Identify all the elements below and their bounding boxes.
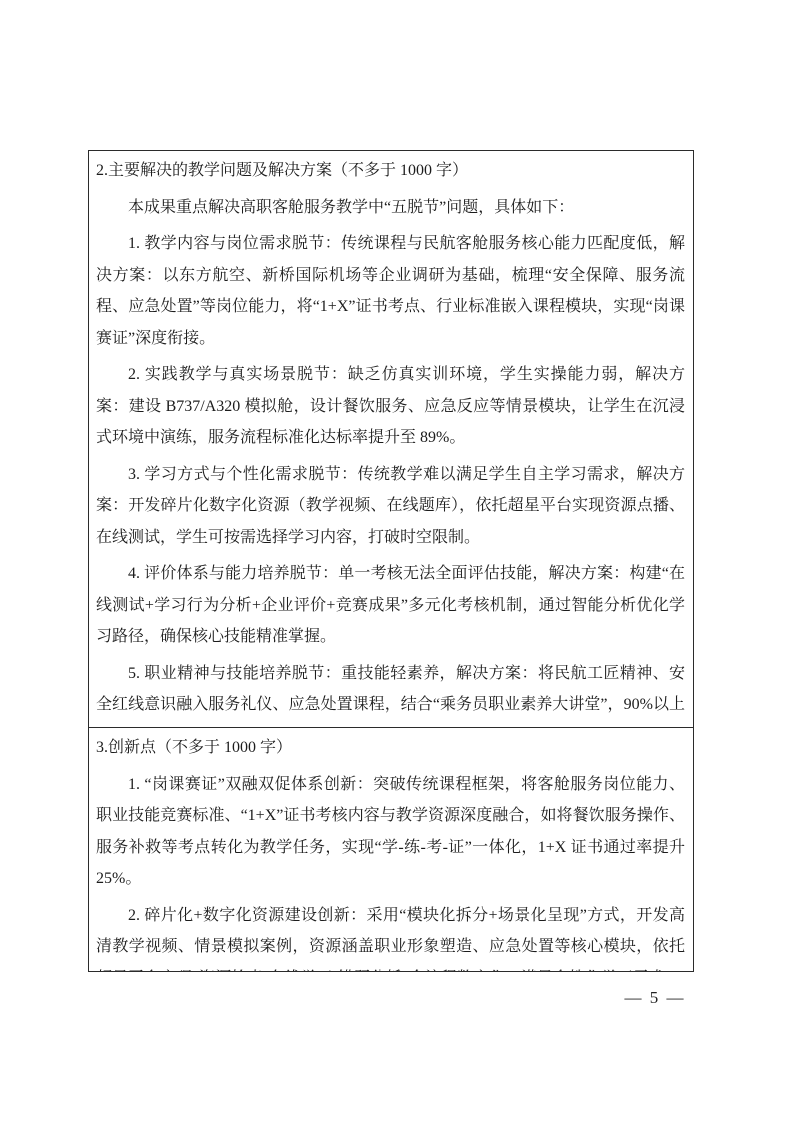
paragraph: 1. 教学内容与岗位需求脱节：传统课程与民航客舱服务核心能力匹配度低，解决方案：… (96, 228, 685, 354)
document-page: 2.主要解决的教学问题及解决方案（不多于 1000 字） 本成果重点解决高职客舱… (0, 0, 793, 1122)
section-innovations: 3.创新点（不多于 1000 字） 1. “岗课赛证”双融双促体系创新：突破传统… (89, 728, 693, 971)
section-teaching-problems: 2.主要解决的教学问题及解决方案（不多于 1000 字） 本成果重点解决高职客舱… (89, 151, 693, 728)
paragraph: 本成果重点解决高职客舱服务教学中“五脱节”问题，具体如下： (96, 192, 685, 224)
page-number: — 5 — (595, 988, 715, 1008)
paragraph: 5. 职业精神与技能培养脱节：重技能轻素养，解决方案：将民航工匠精神、安全红线意… (96, 658, 685, 729)
form-table: 2.主要解决的教学问题及解决方案（不多于 1000 字） 本成果重点解决高职客舱… (88, 150, 694, 972)
section-title: 2.主要解决的教学问题及解决方案（不多于 1000 字） (96, 155, 685, 187)
paragraph: 1. “岗课赛证”双融双促体系创新：突破传统课程框架，将客舱服务岗位能力、职业技… (96, 769, 685, 895)
paragraph: 2. 碎片化+数字化资源建设创新：采用“模块化拆分+场景化呈现”方式，开发高清教… (96, 900, 685, 972)
paragraph: 3. 学习方式与个性化需求脱节：传统教学难以满足学生自主学习需求，解决方案：开发… (96, 459, 685, 554)
section-title: 3.创新点（不多于 1000 字） (96, 732, 685, 764)
paragraph: 4. 评价体系与能力培养脱节：单一考核无法全面评估技能，解决方案：构建“在线测试… (96, 558, 685, 653)
paragraph: 2. 实践教学与真实场景脱节：缺乏仿真实训环境，学生实操能力弱，解决方案：建设 … (96, 359, 685, 454)
